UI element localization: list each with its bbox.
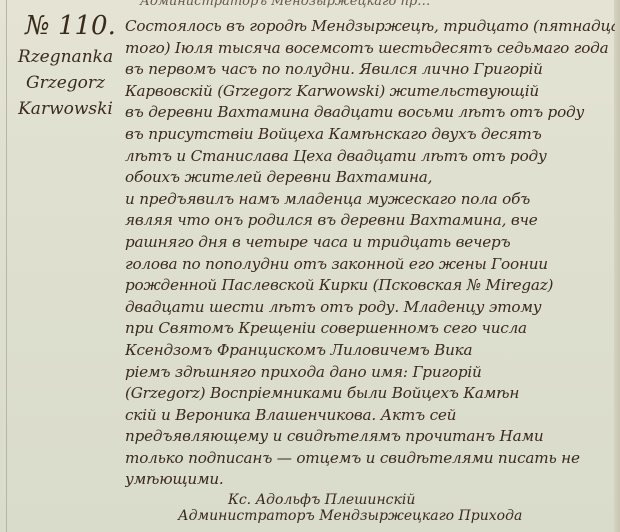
record-body: Состоялось въ городѣ Мендзыржецѣ, тридца… bbox=[125, 16, 615, 491]
text-line: того) Іюля тысяча восемсотъ шестьдесятъ … bbox=[125, 38, 615, 60]
text-line: въ первомъ часъ по полудни. Явился лично… bbox=[125, 59, 615, 81]
text-line: Состоялось въ городѣ Мендзыржецѣ, тридца… bbox=[125, 16, 615, 38]
margin-line: Rzegnanka bbox=[8, 44, 123, 70]
text-line: предъявляющему и свидѣтелямъ прочитанъ Н… bbox=[125, 426, 615, 448]
text-line: только подписанъ — отцемъ и свидѣтелями … bbox=[125, 448, 615, 470]
text-line: двадцати шести лѣтъ отъ роду. Младенцу э… bbox=[125, 297, 615, 319]
text-line: Карвовскій (Grzegorz Karwowski) жительст… bbox=[125, 81, 615, 103]
text-line: въ деревни Вахтамина двадцати восьми лѣт… bbox=[125, 102, 615, 124]
text-line: въ присутствіи Войцеха Камѣнскаго двухъ … bbox=[125, 124, 615, 146]
text-line: рашняго дня в четыре часа и тридцать веч… bbox=[125, 232, 615, 254]
margin-line: Grzegorz bbox=[8, 70, 123, 96]
text-line: скій и Вероника Влашенчикова. Актъ сей bbox=[125, 405, 615, 427]
document-page: Администраторъ Мендзыржецкаго пр… № 110.… bbox=[0, 0, 620, 532]
margin-line: Karwowski bbox=[8, 96, 123, 122]
margin-note: № 110. Rzegnanka Grzegorz Karwowski bbox=[8, 8, 123, 122]
text-line: являя что онъ родился въ деревни Вахтами… bbox=[125, 210, 615, 232]
header-fragment: Администраторъ Мендзыржецкаго пр… bbox=[140, 0, 430, 9]
text-line: при Святомъ Крещеніи совершенномъ сего ч… bbox=[125, 318, 615, 340]
text-line: обоихъ жителей деревни Вахтамина, bbox=[125, 167, 615, 189]
signature-title: Администраторъ Мендзыржецкаго Прихода bbox=[178, 508, 522, 524]
text-line: Ксендзомъ Францискомъ Лиловичемъ Вика bbox=[125, 340, 615, 362]
text-line: (Grzegorz) Воспріемниками были Войцехъ К… bbox=[125, 383, 615, 405]
priest-signature: Кс. Адольфъ Плешинскій bbox=[228, 492, 415, 508]
margin-rule bbox=[6, 0, 7, 532]
text-line: ріемъ здѣшняго прихода дано имя: Григорі… bbox=[125, 362, 615, 384]
text-line: голова по пополудни отъ законной его жен… bbox=[125, 254, 615, 276]
text-line: лѣтъ и Станислава Цеха двадцати лѣтъ отъ… bbox=[125, 146, 615, 168]
text-line: умѣющими. bbox=[125, 469, 615, 491]
text-line: рожденной Паслевской Кирки (Псковская № … bbox=[125, 275, 615, 297]
text-line: и предъявилъ намъ младенца мужескаго пол… bbox=[125, 189, 615, 211]
record-number: № 110. bbox=[18, 8, 123, 44]
